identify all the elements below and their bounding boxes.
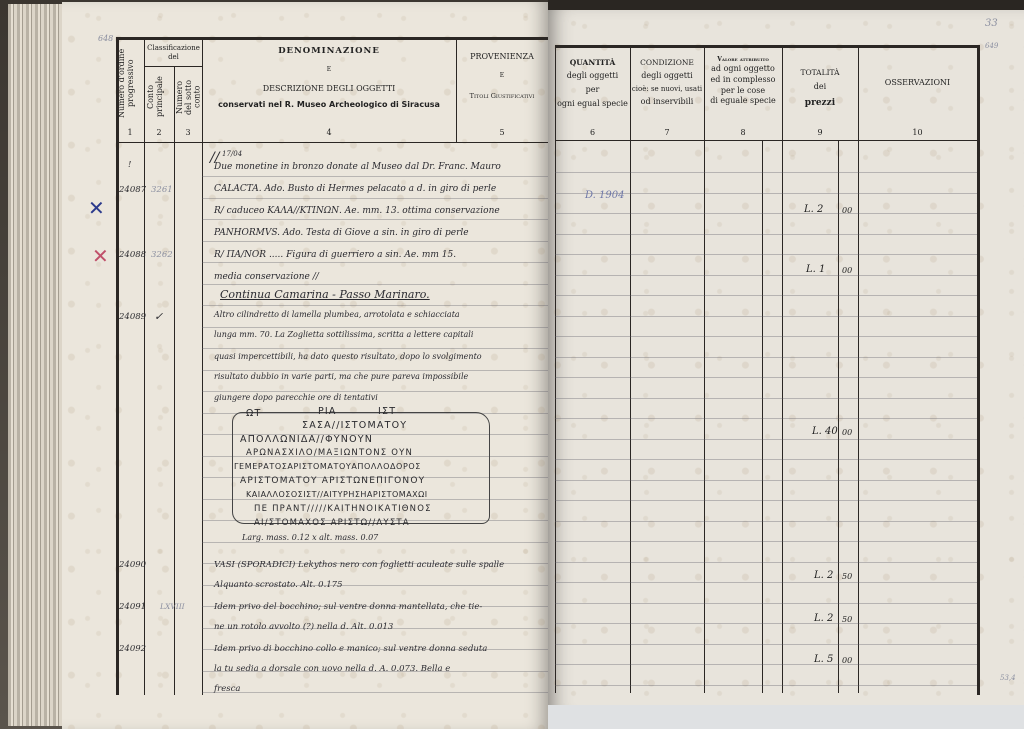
ledger-rule <box>202 198 548 199</box>
ledger-rule <box>202 262 548 263</box>
price-lire: L. 2 <box>814 570 833 581</box>
ledger-rule <box>202 305 548 306</box>
ledger-rule <box>202 391 548 392</box>
ledger-rule <box>555 562 977 563</box>
account-number: 3261 <box>151 185 173 195</box>
ledger-rule <box>202 370 548 371</box>
header-col-8-line: ad ogni oggetto <box>704 64 782 75</box>
right-table-top-border <box>555 45 977 48</box>
inscription-fragment: ΙΣΤ <box>378 406 396 417</box>
entry-number: 24088 <box>119 250 146 260</box>
inscription-line: ΑΡΙΣΤΟΜΑΤΟΥ ΑΡΙΣΤΩΝΕΠΙΓΟΝΟΥ <box>240 476 425 486</box>
col-number-2: 2 <box>144 128 174 137</box>
entry-text: R/ caduceo ΚΑΛΑ//ΚΤΙΝΩΝ. Ae. mm. 13. ott… <box>214 206 500 216</box>
ledger-rule <box>202 542 548 543</box>
header-col-1: Numero d'ordine progressivo <box>118 48 142 118</box>
header-col-8-line: per le cose <box>704 86 782 97</box>
inscription-fragment: ΩΤ <box>246 408 261 419</box>
col-number-9: 9 <box>782 128 858 137</box>
entry-text: risultato dubbio in varie parti, ma che … <box>214 372 468 381</box>
ledger-rule <box>202 219 548 220</box>
ledger-rule <box>555 213 977 214</box>
date-note: 17/04 <box>222 150 242 158</box>
header-col-6: QUANTITÀ degli oggetti per ogni egual sp… <box>555 58 630 110</box>
entry-text: quasi impercettibili, ha dato questo ris… <box>214 352 482 361</box>
ledger-rule <box>202 284 548 285</box>
check-mark: ✓ <box>154 310 163 323</box>
header-col-4-e: E <box>202 66 456 74</box>
entry-text: ne un rotolo avvolto (?) nella d. Alt. 0… <box>214 622 393 632</box>
col-number-8: 8 <box>704 128 782 137</box>
ledger-rule <box>555 275 977 276</box>
ledger-rule <box>555 377 977 378</box>
header-col-8: Valore attribuito ad ogni oggetto ed in … <box>704 56 782 107</box>
desk-surface <box>548 705 1024 729</box>
price-lire: L. 2 <box>804 204 823 215</box>
col-number-6: 6 <box>555 128 630 137</box>
header-classification: Classificazione del <box>145 44 202 63</box>
ledger-rule <box>555 295 977 296</box>
ledger-rule <box>555 623 977 624</box>
account-number: LXVIII <box>160 602 185 611</box>
ledger-rule <box>555 521 977 522</box>
ledger-rule <box>555 500 977 501</box>
ledger-rule <box>555 664 977 665</box>
ledger-rule <box>555 603 977 604</box>
entry-text: Idem privo di bocchino collo e manico; s… <box>214 644 487 654</box>
entry-text: Idem privo del bocchino; sul ventre donn… <box>214 602 482 612</box>
inscription-line: ΑΙ/ΣΤΟΜΑΧΟΣ ΑΡΙΣΤΩ//ΛΥΣΤΑ <box>254 518 410 528</box>
ledger-rule <box>555 685 977 686</box>
entry-number: 24091 <box>119 602 146 612</box>
ledger-rule <box>202 327 548 328</box>
ledger-rule <box>202 692 548 693</box>
price-cents: 00 <box>842 266 852 275</box>
header-col-5-e: E <box>456 72 548 80</box>
header-col-9-line: prezzi <box>782 97 858 109</box>
header-col-7-title: CONDIZIONE <box>630 58 704 68</box>
entry-number: 24087 <box>119 185 146 195</box>
entry-number: 24092 <box>119 644 146 654</box>
header-col-7: CONDIZIONE degli oggetti cioè: se nuovi,… <box>630 58 704 108</box>
ledger-rule <box>555 644 977 645</box>
header-col-4-subtitle: DESCRIZIONE DEGLI OGGETTI <box>202 84 456 95</box>
ledger-rule <box>555 254 977 255</box>
header-col-9-title: TOTALITÀ <box>782 68 858 78</box>
account-number: 3262 <box>151 250 173 260</box>
ledger-rule <box>555 541 977 542</box>
red-cross-mark: ✕ <box>92 244 109 268</box>
ledger-rule <box>555 398 977 399</box>
right-page-number: 33 <box>985 18 998 29</box>
header-col-7-line: cioè: se nuovi, usati <box>630 85 704 94</box>
header-col-8-title: Valore attribuito <box>704 56 782 64</box>
price-lire: L. 40 <box>812 426 838 437</box>
ledger-rule <box>555 439 977 440</box>
price-lire: L. 2 <box>814 613 833 624</box>
entry-text: Alquanto scrostato. Alt. 0.175 <box>214 580 343 590</box>
header-col-8-line: di eguale specie <box>704 96 782 107</box>
inscription-line: ΑΡΩΝΑΣΧΙΛΟ/ΜΑΞΙΩΝΤΟΝΣ ΟΥΝ <box>246 448 413 458</box>
inscription-line: ΚΑΙΑΛΛΟΣΟΣΙΣΤ//ΑΙΤΥΡΗΣΗΑΡΙΣΤΟΜΑΧΩΙ <box>246 490 428 499</box>
header-col-5-title: PROVENIENZA <box>456 52 548 63</box>
header-col-4-title: DENOMINAZIONE <box>202 46 456 57</box>
inscription-line: ΓΕΜΕΡΑΤΟΣΑΡΙΣΤΟΜΑΤΟΥΑΠΟΛΛΟΔΟΡΟΣ <box>234 462 421 471</box>
left-page-stamp: 648 <box>98 34 113 43</box>
ledger-rule <box>555 316 977 317</box>
ledger-rule <box>555 582 977 583</box>
header-col-6-line: ogni egual specie <box>555 99 630 110</box>
price-lire: L. 5 <box>814 654 833 665</box>
header-bottom-border <box>116 142 548 143</box>
right-header-bottom-border <box>555 140 977 141</box>
header-col-6-line: per <box>555 85 630 96</box>
entry-text: R/ ΠΑ/NOR ..... Figura di guerriero a si… <box>214 250 456 260</box>
right-page-stamp: 649 <box>985 42 998 50</box>
entry-text: PANHORMVS. Ado. Testa di Giove a sin. in… <box>214 228 469 238</box>
ledger-rule <box>555 480 977 481</box>
inscription-line: ΑΠΟΛΛΩΝΙΔΑ//ΦΥΝΟΥΝ <box>240 434 373 445</box>
col-number-4: 4 <box>202 128 456 137</box>
entry-text: CALACTA. Ado. Busto di Hermes pelacato a… <box>214 184 496 194</box>
header-col-10: OSSERVAZIONI <box>858 78 977 89</box>
ledger-rule <box>202 348 548 349</box>
price-cents: 00 <box>842 656 852 665</box>
entry-number: 24089 <box>119 312 146 322</box>
ledger-rule <box>555 418 977 419</box>
inscription-line: ΠΕ ΠΡΑΝΤ/////ΚΑΙΤΗΝΟΙΚΑΤΙΘΝΟΣ <box>254 504 432 514</box>
header-col-7-line: od inservibili <box>630 97 704 108</box>
ledger-rule <box>555 459 977 460</box>
entry-text: lunga mm. 70. La Zoglietta sottilissima,… <box>214 330 473 339</box>
header-col-9-line: dei <box>782 82 858 93</box>
price-cents: 50 <box>842 615 852 624</box>
margin-note: 53,4 <box>1000 674 1016 682</box>
ledger-rule <box>202 241 548 242</box>
inscription-dimensions: Larg. mass. 0.12 x alt. mass. 0.07 <box>242 533 378 542</box>
col-number-5: 5 <box>456 128 548 137</box>
header-col-9: TOTALITÀ dei prezzi <box>782 68 858 109</box>
header-col-6-title: QUANTITÀ <box>555 58 630 68</box>
col-number-1: 1 <box>116 128 144 137</box>
header-col-8-line: ed in complesso <box>704 75 782 86</box>
section-title: Continua Camarina - Passo Marinaro. <box>220 288 430 301</box>
pencil-note: D. 1904 <box>585 190 624 201</box>
col-number-3: 3 <box>174 128 202 137</box>
inscription-fragment: ΡΙΑ <box>318 406 337 417</box>
ledger-rule <box>555 172 977 173</box>
entry-number: ! <box>128 160 131 170</box>
price-cents: 00 <box>842 206 852 215</box>
price-cents: 00 <box>842 428 852 437</box>
blue-cross-mark: ✕ <box>88 196 105 220</box>
header-col-5-subtitle: Titoli Giustificativi <box>456 92 548 101</box>
header-col-2: Conto principale <box>147 74 173 120</box>
ledger-rule <box>202 176 548 177</box>
entry-text: giungere dopo parecchie ore di tentativi <box>214 393 378 402</box>
right-page <box>548 10 1024 715</box>
right-table-right-border <box>977 45 980 695</box>
price-lire: L. 1 <box>806 264 825 275</box>
header-col-6-line: degli oggetti <box>555 71 630 82</box>
entry-text: fresca <box>214 684 240 694</box>
entry-text: media conservazione // <box>214 272 319 282</box>
header-col-3: Numero del sotto conto <box>176 74 202 120</box>
entry-text: Altro cilindretto di lamella plumbea, ar… <box>214 310 460 319</box>
entry-text: la tu sedia a dorsale con uovo nella d. … <box>214 664 450 674</box>
ledger-rule <box>555 234 977 235</box>
inscription-line: ΣΑΣΑ//ΙΣΤΟΜΑΤΟΥ <box>302 420 407 431</box>
col-number-10: 10 <box>858 128 977 137</box>
table-top-border <box>116 37 548 40</box>
entry-text: Due monetine in bronzo donate al Museo d… <box>214 162 501 172</box>
entry-number: 24090 <box>119 560 146 570</box>
ledger-rule <box>555 336 977 337</box>
ledger-rule <box>555 357 977 358</box>
entry-text: VASI (SPORADICI) Lekythos nero con fogli… <box>214 560 504 570</box>
header-col-4-museum: conservati nel R. Museo Archeologico di … <box>202 100 456 111</box>
col-number-7: 7 <box>630 128 704 137</box>
price-cents: 50 <box>842 572 852 581</box>
book-page-edges <box>8 4 70 726</box>
header-col-7-line: degli oggetti <box>630 71 704 82</box>
